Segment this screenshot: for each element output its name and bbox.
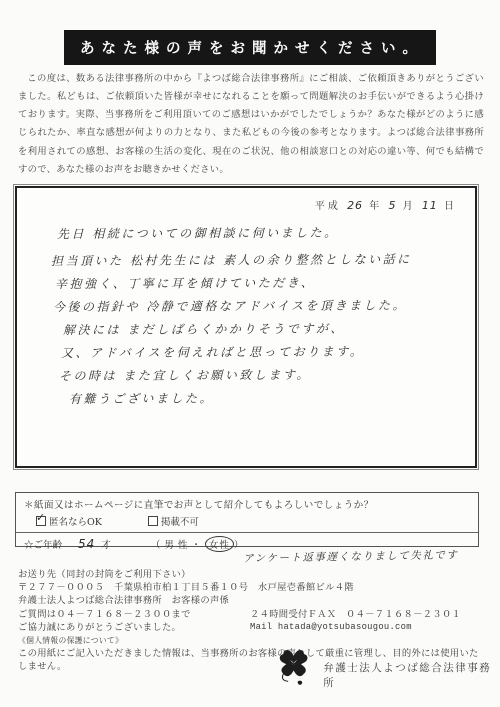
gender-paren-open: （	[151, 537, 165, 551]
age-unit: 才	[101, 537, 111, 551]
gender-paren-close: ）	[234, 537, 248, 551]
date-day-value: 11	[422, 199, 438, 212]
banner-wrap: あなた様の声をお聞かせください。	[0, 30, 500, 65]
page-title: あなた様の声をお聞かせください。	[64, 30, 436, 65]
publish-question: ＊紙面又はホームページに直筆でお声として紹介してもよろしいでしょうか？	[16, 493, 478, 511]
handwritten-margin-note: アンケート返事遅くなりまして失礼です	[243, 547, 459, 566]
date-year-label: 年	[369, 201, 382, 212]
feedback-line: 辛抱強く、丁寧に耳を傾けていただき、	[55, 271, 475, 296]
option-anonymous-ok[interactable]: ✓ 匿名ならOK	[36, 514, 102, 528]
publish-options: ✓ 匿名ならOK 掲載不可	[16, 511, 478, 528]
thanks-mail-row: ご協力誠にありがとうございました。 Mail hatada@yotsubasou…	[18, 621, 486, 634]
fax-line: ２４時間受付ＦＡＸ ０４－７１６８－２３０１	[250, 608, 461, 621]
checkmark-icon: ✓	[36, 511, 45, 524]
feedback-line: 有難うございました。	[69, 386, 475, 411]
feedback-line: 又、アドバイスを伺えればと思っております。	[61, 340, 475, 365]
date-month-value: 5	[388, 199, 396, 212]
date-row: 平成 26 年 5 月 11 日	[17, 197, 457, 212]
clover-logo-icon	[274, 646, 313, 690]
thanks-line: ご協力誠にありがとうございました。	[18, 621, 250, 634]
gender-options: （ 男性 ・ 女性 ）	[151, 536, 248, 552]
mail-line: Mail hatada@yotsubasougou.com	[250, 621, 412, 634]
feedback-line: 先日 相続についての御相談に伺いました。	[57, 221, 475, 246]
option-anonymous-label: 匿名ならOK	[49, 514, 102, 528]
gender-separator: ・	[191, 537, 205, 551]
phone-line: ご質問は０４－７１６８－２３００まで	[18, 608, 250, 621]
checkbox-no-publish-icon[interactable]	[148, 516, 158, 526]
signature-block: 弁護士法人よつば総合法律事務所	[274, 646, 500, 690]
feedback-box: 平成 26 年 5 月 11 日 先日 相続についての御相談に伺いました。 担当…	[15, 186, 477, 468]
date-era: 平成	[315, 201, 341, 212]
date-year-value: 26	[347, 199, 363, 212]
gender-option-female-circled[interactable]: 女性	[205, 536, 234, 552]
feedback-line: 今後の指針や 冷静で適格なアドバイスを頂きました。	[53, 294, 475, 319]
publish-permission-box: ＊紙面又はホームページに直筆でお声として紹介してもよろしいでしょうか？ ✓ 匿名…	[15, 492, 479, 547]
phone-fax-row: ご質問は０４－７１６８－２３００まで ２４時間受付ＦＡＸ ０４－７１６８－２３０…	[18, 608, 486, 621]
date-day-label: 日	[444, 201, 457, 212]
intro-paragraph: この度は、数ある法律事務所の中から『よつば総合法律事務所』にご相談、ご依頼頂きあ…	[18, 70, 484, 179]
checkbox-anonymous-checked-icon[interactable]: ✓	[36, 516, 46, 526]
handwritten-feedback: 先日 相続についての御相談に伺いました。 担当頂いた 松村先生には 素人の余り整…	[17, 222, 475, 410]
option-no-publish[interactable]: 掲載不可	[148, 514, 199, 528]
firm-name: 弁護士法人よつば総合法律事務所	[323, 660, 500, 690]
send-to-label: お送り先（同封の封筒をご利用下さい）	[18, 568, 486, 581]
option-no-publish-label: 掲載不可	[161, 514, 199, 528]
age-value: 54	[78, 537, 95, 551]
feedback-line: 解決には まだしばらくかかりそうですが、	[63, 317, 475, 342]
feedback-line: その時は また宜しくお願い致します。	[59, 363, 475, 388]
feedback-line: 担当頂いた 松村先生には 素人の余り整然としない話に	[51, 248, 475, 273]
gender-option-male[interactable]: 男性	[164, 537, 191, 551]
date-month-label: 月	[403, 201, 416, 212]
age-label: ☆ご年齢	[24, 537, 62, 551]
scanned-feedback-form: あなた様の声をお聞かせください。 この度は、数ある法律事務所の中から『よつば総合…	[0, 0, 500, 707]
postal-address: 〒２７７－０００５ 千葉県柏市柏１丁目５番１０号 水戸屋壱番館ビル４階	[18, 581, 486, 594]
recipient-line: 弁護士法人よつば総合法律事務所 お客様の声係	[18, 594, 486, 607]
